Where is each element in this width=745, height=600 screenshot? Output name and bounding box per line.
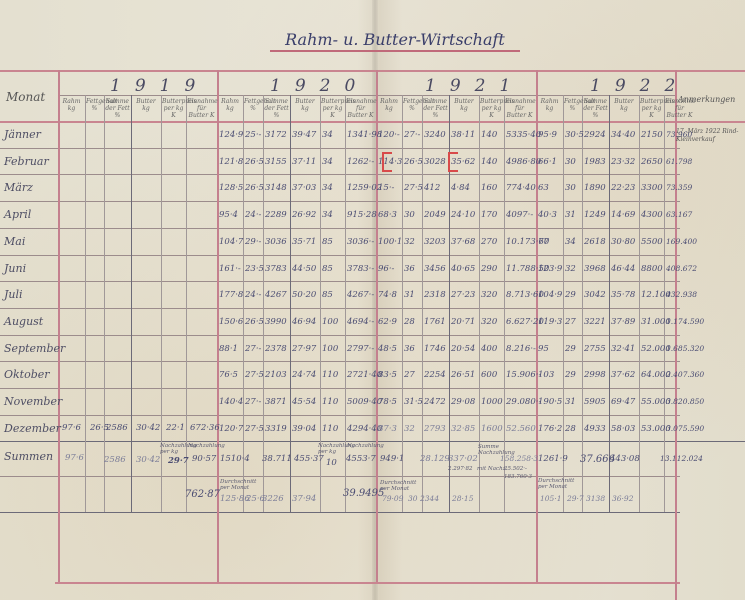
row-rule (0, 415, 680, 416)
y1921-note-a: 2.297·82 (448, 466, 473, 472)
column-header: Fettgehalt % (244, 98, 262, 112)
column-rule (85, 95, 86, 512)
y1921-cell: 1746 (424, 344, 446, 354)
y1922-cell: 58·03 (611, 424, 635, 434)
y1922-cell: 30·80 (611, 237, 635, 247)
y1921-cell: 140 (481, 157, 497, 167)
y1921-cell: 20·71 (451, 317, 475, 327)
y1922-cell: 4933 (584, 424, 606, 434)
y1920-extra-total: 39.9495 (343, 488, 384, 499)
y1922-cell: 69·47 (611, 397, 635, 407)
y1921-cell: 28 (404, 317, 415, 327)
y1921-cell: 1761 (424, 317, 446, 327)
y1921-cell: 20·54 (451, 344, 475, 354)
y1922-cell: 3.820.850 (666, 397, 704, 406)
y1922-cell: 4300 (641, 210, 663, 220)
row-rule (0, 201, 680, 202)
y1922-cell: 3968 (584, 264, 606, 274)
y1921-cell: 52.560 (506, 424, 536, 434)
y1922-cell: 40·3 (538, 210, 557, 220)
column-rule (639, 95, 640, 512)
y1921-cell: 96·- (378, 264, 394, 274)
y1920-cell: 150·6 (219, 317, 243, 327)
y1920-cell: 39·04 (292, 424, 316, 434)
y1920-cell: 29·- (245, 237, 261, 247)
column-header: Summe der Fett % (423, 98, 448, 119)
y1921-cell: 290 (481, 264, 497, 274)
y1921-cell: 15·- (378, 183, 394, 193)
month-label: November (4, 395, 62, 408)
y1922-cell: 104·9 (538, 290, 562, 300)
y1922-cell: 2924 (584, 130, 606, 140)
y1922-cell: 29 (565, 370, 576, 380)
y1922-cell: 61.798 (666, 157, 692, 166)
column-rule (104, 95, 105, 512)
column-header: Butter kg (450, 98, 478, 112)
y1921-note-b: mit Nachz. (477, 466, 507, 472)
column-rule (131, 95, 132, 512)
column-header: Butterpreis per kg K (162, 98, 185, 119)
y1921-cell: 83·5 (378, 370, 397, 380)
y1920-cell: 27·- (245, 397, 261, 407)
row-rule (0, 388, 680, 389)
y1922-cell: 31 (565, 397, 576, 407)
y1922-cell: 35·78 (611, 290, 635, 300)
y1920-cell: 1341·98 (347, 130, 382, 140)
y1919-price-note: Nachzahlung per kg (160, 443, 190, 455)
y1920-cell: 2289 (265, 210, 287, 220)
y1920-cell: 35·71 (292, 237, 316, 247)
y1922-sum-income: 13.112.024 (660, 454, 703, 463)
row-rule (0, 255, 680, 256)
row-rule (0, 281, 680, 282)
column-header: Einnahme für Butter K (665, 98, 694, 119)
y1921-cell: 2049 (424, 210, 446, 220)
month-label: Juli (4, 288, 23, 301)
y1920-cell: 24·- (245, 210, 261, 220)
column-header: Rahm kg (377, 98, 401, 112)
y1920-cell: 100 (322, 344, 338, 354)
y1921-cell: 87·3 (378, 424, 397, 434)
column-header: Butter kg (610, 98, 638, 112)
month-label: August (4, 315, 43, 328)
page-title: Rahm- u. Butter-Wirtschaft (270, 30, 520, 52)
y1919-sum-butter: 30·42 (136, 455, 160, 465)
sum-rule (0, 441, 745, 442)
y1922-cell: 73.359 (666, 183, 692, 192)
y1922-avg-label: Durchschnitt per Monat (538, 478, 568, 490)
y1920-cell: 3990 (265, 317, 287, 327)
y1921-cell: 3456 (424, 264, 446, 274)
y1922-cell: 32 (565, 264, 576, 274)
remarks-rule (675, 70, 677, 600)
y1922-cell: 3042 (584, 290, 606, 300)
month-label: Dezember (4, 422, 61, 435)
y1920-sum-fett: 38.711 (262, 454, 292, 464)
column-header: Rahm kg (218, 98, 242, 112)
y1920-cell: 26·5 (245, 317, 264, 327)
correction-mark (382, 152, 392, 172)
y1919-sum-price: 29·7 (168, 456, 189, 466)
month-label: Februar (4, 155, 49, 168)
y1921-cell: 2318 (424, 290, 446, 300)
y1921-cell: 62·9 (378, 317, 397, 327)
y1920-cell: 177·8 (219, 290, 243, 300)
y1921-cell: 32 (404, 424, 415, 434)
sum-label: Summen (4, 450, 53, 463)
y1921-cell: 31·5 (404, 397, 423, 407)
y1921-cell: 38·11 (451, 130, 475, 140)
y1922-cell: 23·32 (611, 157, 635, 167)
header-bottom-rule (0, 121, 745, 123)
y1922-cell: 63.167 (666, 210, 692, 219)
y1919-sum-income: 90·57 (192, 454, 216, 464)
y1922-cell: 123·9 (538, 264, 562, 274)
y1920-cell: 4294·40 (347, 424, 382, 434)
y1920-cell: 95·4 (219, 210, 238, 220)
y1920-cell: 85 (322, 264, 333, 274)
y1921-cell: 68·3 (378, 210, 397, 220)
row-rule (0, 361, 680, 362)
y1922-cell: 28 (565, 424, 576, 434)
y1921-cell: 320 (481, 317, 497, 327)
y1920-cell: 3783·- (347, 264, 374, 274)
y1920-cell: 88·1 (219, 344, 238, 354)
y1920-avg-fett-summe: 3226 (262, 494, 284, 504)
y1921-cell: 40·65 (451, 264, 475, 274)
column-header: Butterpreis per kg K (480, 98, 503, 119)
y1922-avg-rahm: 105·1 (540, 494, 561, 503)
frame-bottom (55, 582, 680, 584)
y1920-cell: 2721·40 (347, 370, 382, 380)
y1921-cell: 3240 (424, 130, 446, 140)
y1920-cell: 4694·- (347, 317, 374, 327)
y1920-cell: 3319 (265, 424, 287, 434)
y1922-cell: 2755 (584, 344, 606, 354)
y1920-cell: 85 (322, 290, 333, 300)
y1921-cell: 32 (404, 237, 415, 247)
month-label: Oktober (4, 368, 50, 381)
y1921-cell: 36 (404, 264, 415, 274)
y1921-cell: 140 (481, 130, 497, 140)
y1920-cell: 24·- (245, 290, 261, 300)
column-rule (582, 95, 583, 512)
y1922-cell: 119·3 (538, 317, 562, 327)
y1921-cell: 3028 (424, 157, 446, 167)
y1920-cell: 85 (322, 237, 333, 247)
y1920-sum-butter: 455·37 (294, 454, 324, 464)
column-header: Butterpreis per kg K (321, 98, 344, 119)
y1922-cell: 29 (565, 290, 576, 300)
y1921-cell: 4097·- (506, 210, 533, 220)
y1922-cell: 37·89 (611, 317, 635, 327)
y1921-cell: 600 (481, 370, 497, 380)
column-header: Summe der Fett % (583, 98, 608, 119)
top-rule (0, 70, 745, 72)
year-1921: 1921 (425, 76, 524, 96)
y1921-cell: 15.906·- (506, 370, 541, 380)
column-header: Fettgehalt % (86, 98, 103, 112)
y1920-cell: 2797·- (347, 344, 374, 354)
y1921-cell: 29·08 (451, 397, 475, 407)
y1920-cell: 37·03 (292, 183, 316, 193)
y1922-cell: 32·41 (611, 344, 635, 354)
y1922-cell: 8800 (641, 264, 663, 274)
y1920-cell: 3783 (265, 264, 287, 274)
y1920-cell: 44·50 (292, 264, 316, 274)
y1920-cell: 120·7 (219, 424, 243, 434)
y1920-cell: 3036·- (347, 237, 374, 247)
y1920-cell: 34 (322, 210, 333, 220)
y1921-sum-butter: 337·02 (448, 454, 478, 464)
y1920-cell: 4267·- (347, 290, 374, 300)
y1922-cell: 1983 (584, 157, 606, 167)
y1920-cell: 46·94 (292, 317, 316, 327)
y1920-cell: 27·- (245, 344, 261, 354)
y1921-cell: 5335·40 (506, 130, 541, 140)
year-1920: 1920 (270, 76, 369, 96)
y1921-cell: 30 (404, 210, 415, 220)
y1920-cell: 1262·- (347, 157, 374, 167)
y1921-cell: 27·5 (404, 183, 423, 193)
column-header: Rahm kg (537, 98, 562, 112)
y1921-cell: 37·68 (451, 237, 475, 247)
y1920-cell: 27·97 (292, 344, 316, 354)
y1920-cell: 2378 (265, 344, 287, 354)
correction-mark (448, 152, 458, 172)
y1920-cell: 3172 (265, 130, 287, 140)
y1922-cell: 95 (538, 344, 549, 354)
y1921-cell: 4986·80 (506, 157, 541, 167)
y1921-cell: 27·23 (451, 290, 475, 300)
y1920-cell: 100 (322, 317, 338, 327)
y1921-cell: 1000 (481, 397, 503, 407)
y1920-cell: 110 (322, 424, 338, 434)
y1922-cell: 34·40 (611, 130, 635, 140)
y1921-cell: 2254 (424, 370, 446, 380)
y1921-cell: 320 (481, 290, 497, 300)
y1920-cell: 37·11 (292, 157, 316, 167)
y1920-cell: 27·5 (245, 370, 264, 380)
y1921-cell: 120·- (378, 130, 400, 140)
y1922-cell: 2150 (641, 130, 663, 140)
y1920-cell: 915·28 (347, 210, 377, 220)
y1920-cell: 27·5 (245, 424, 264, 434)
y1920-cell: 26·92 (292, 210, 316, 220)
y1922-sum-butter: 443·08 (610, 454, 640, 464)
row-rule (0, 308, 680, 309)
column-header: Einnahme für Butter K (187, 98, 216, 119)
y1921-cell: 78·5 (378, 397, 397, 407)
y1920-sum-price: 10 (326, 458, 337, 468)
y1922-avg-butter: 36·92 (612, 494, 633, 503)
y1921-sum-rahm: 949·1 (380, 454, 404, 464)
y1920-cell: 76·5 (219, 370, 238, 380)
y1920-cell: 121·8 (219, 157, 243, 167)
month-label: April (4, 208, 31, 221)
y1922-avg-fett: 29·7 (567, 494, 584, 503)
y1919-sum-fett: 2586 (104, 455, 126, 465)
y1921-cell: 774·40 (506, 183, 536, 193)
y1920-cell: 3155 (265, 157, 287, 167)
y1921-cell: 400 (481, 344, 497, 354)
y1922-cell: 14·69 (611, 210, 635, 220)
y1922-cell: 408.672 (666, 264, 697, 273)
y1922-cell: 46·44 (611, 264, 635, 274)
month-label: März (4, 181, 33, 194)
y1921-cell: 4·84 (451, 183, 470, 193)
y1921-avg-fett: 30 (408, 494, 418, 503)
y1920-cell: 34 (322, 183, 333, 193)
y1919-dez-butter: 30·42 (136, 423, 160, 433)
column-header: Butterpreis per kg K (640, 98, 663, 119)
y1922-cell: 176·2 (538, 424, 562, 434)
y1922-cell: 5905 (584, 397, 606, 407)
row-rule (0, 174, 680, 175)
y1922-cell: 2.407.360 (666, 370, 704, 379)
y1919-income-note: Nachzahlung (188, 443, 216, 449)
y1922-cell: 95·9 (538, 130, 557, 140)
y1922-cell: 2998 (584, 370, 606, 380)
row-rule (0, 148, 680, 149)
avg-rule (0, 476, 680, 477)
column-rule (609, 95, 610, 512)
column-rule (664, 95, 665, 512)
y1921-cell: 74·8 (378, 290, 397, 300)
y1920-cell: 3871 (265, 397, 287, 407)
column-rule (290, 95, 291, 512)
y1922-cell: 30·5 (565, 130, 584, 140)
column-header: Einnahme für Butter K (346, 98, 375, 119)
y1922-cell: 37·62 (611, 370, 635, 380)
y1920-cell: 4267 (265, 290, 287, 300)
year-1922: 1922 (590, 76, 689, 96)
row-rule (0, 228, 680, 229)
y1922-sum-rahm: 1261·9 (538, 454, 568, 464)
y1921-cell: 26·51 (451, 370, 475, 380)
y1921-cell: 1600 (481, 424, 503, 434)
y1921-cell: 24·10 (451, 210, 475, 220)
column-header: Einnahme für Butter K (505, 98, 534, 119)
y1920-cell: 3036 (265, 237, 287, 247)
y1921-note-c: 25.502·- (504, 466, 527, 472)
y1922-cell: 3300 (641, 183, 663, 193)
month-label: Juni (4, 262, 26, 275)
y1919-dez-rahm: 97·6 (62, 423, 81, 433)
column-header: Butter kg (291, 98, 319, 112)
y1920-cell: 50·20 (292, 290, 316, 300)
y1921-cell: 29.080·- (506, 397, 541, 407)
y1922-cell: 34 (565, 237, 576, 247)
y1921-note-d: 183.760·3 (504, 474, 532, 480)
column-header: Butter kg (132, 98, 160, 112)
y1922-cell: 2618 (584, 237, 606, 247)
y1920-cell: 128·5 (219, 183, 243, 193)
y1922-cell: 190·5 (538, 397, 562, 407)
monat-header: Monat (6, 90, 45, 104)
y1920-cell: 2103 (265, 370, 287, 380)
y1921-cell: 160 (481, 183, 497, 193)
y1921-sum-fett: 28.129 (420, 454, 450, 464)
y1921-cell: 100·1 (378, 237, 402, 247)
year-1919: 1919 (110, 76, 209, 96)
y1921-cell: 27·- (404, 130, 420, 140)
y1921-cell: 270 (481, 237, 497, 247)
y1922-cell: 169.400 (666, 237, 697, 246)
y1920-income-note: Nachzahlung (347, 443, 375, 449)
column-header: Fettgehalt % (564, 98, 581, 112)
y1921-cell: 31 (404, 290, 415, 300)
y1921-cell: 27 (404, 370, 415, 380)
y1922-cell: 30 (565, 183, 576, 193)
y1922-cell: 1890 (584, 183, 606, 193)
y1919-extra-total: 762·87 (185, 489, 220, 500)
y1921-avg-rahm: 79·09 (382, 494, 403, 503)
y1922-cell: 2650 (641, 157, 663, 167)
y1922-cell: 5500 (641, 237, 663, 247)
month-label: September (4, 342, 65, 355)
y1920-cell: 1259·02 (347, 183, 382, 193)
y1922-cell: 27 (565, 317, 576, 327)
y1921-cell: 3203 (424, 237, 446, 247)
y1919-dez-preis: 22·1 (166, 423, 185, 433)
y1920-cell: 26·5 (245, 183, 264, 193)
y1921-cell: 2472 (424, 397, 446, 407)
month-label: Jänner (4, 128, 41, 141)
y1920-cell: 5009·40 (347, 397, 382, 407)
column-header: Summe der Fett % (105, 98, 130, 119)
y1921-avg-fett-summe: 2344 (420, 494, 439, 503)
y1922-cell: 22·23 (611, 183, 635, 193)
y1921-cell: 36 (404, 344, 415, 354)
y1920-cell: 3148 (265, 183, 287, 193)
y1920-cell: 45·54 (292, 397, 316, 407)
y1922-cell: 1249 (584, 210, 606, 220)
y1920-cell: 23·5 (245, 264, 264, 274)
y1922-cell: 29 (565, 344, 576, 354)
y1921-avg-label: Durchschnitt per Monat (380, 480, 410, 492)
y1922-cell: 73.960 (666, 130, 692, 139)
y1920-cell: 24·74 (292, 370, 316, 380)
y1922-cell: 3221 (584, 317, 606, 327)
y1920-cell: 110 (322, 370, 338, 380)
y1922-avg-fett-summe: 3138 (586, 494, 605, 503)
y1920-cell: 124·9 (219, 130, 243, 140)
y1920-sum-income: 4553·7 (346, 454, 376, 464)
y1922-cell: 1.685.320 (666, 344, 704, 353)
y1922-cell: 66·1 (538, 157, 557, 167)
y1921-sum-income: 158.258·3 (500, 454, 538, 463)
y1921-cell: 48·5 (378, 344, 397, 354)
y1920-sum-rahm: 1510·4 (220, 454, 250, 464)
y1919-dez-summe: 2586 (106, 423, 128, 433)
y1922-cell: 3.075.590 (666, 424, 704, 433)
y1920-avg-butter: 37·94 (292, 494, 316, 504)
y1920-cell: 25·- (245, 130, 261, 140)
y1921-cell: 412 (424, 183, 440, 193)
y1920-price-note: Nachzahlung per kg (318, 443, 344, 455)
y1920-cell: 34 (322, 157, 333, 167)
y1922-cell: 30 (565, 157, 576, 167)
y1922-cell: 77 (538, 237, 549, 247)
y1920-cell: 39·47 (292, 130, 316, 140)
y1921-cell: 170 (481, 210, 497, 220)
column-header: Fettgehalt % (403, 98, 421, 112)
y1922-cell: 31 (565, 210, 576, 220)
y1920-cell: 161·- (219, 264, 241, 274)
y1920-avg-label: Durchschnitt per Monat (220, 479, 250, 491)
y1922-cell: 432.938 (666, 290, 697, 299)
